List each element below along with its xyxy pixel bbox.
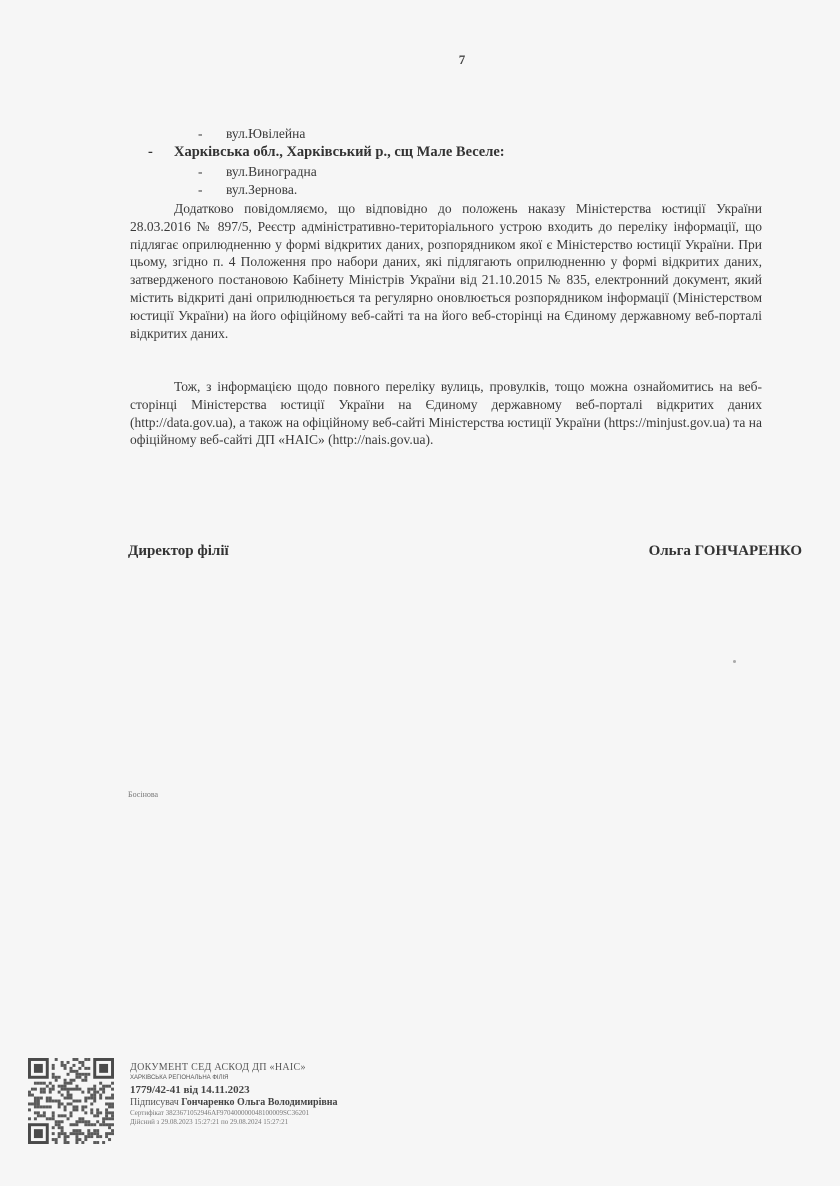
signer-line: Підписувач Гончаренко Ольга Володимирівн… [130, 1097, 338, 1109]
certificate-validity: Дійсний з 29.08.2023 15:27:21 по 29.08.2… [130, 1118, 338, 1127]
list-item-street: -вул.Зернова. [198, 181, 297, 198]
electronic-signature-stamp: ДОКУМЕНТ СЕД АСКОД ДП «НАІС» ХАРКІВСЬКА … [28, 1058, 338, 1144]
executor-name: Босінова [128, 790, 158, 799]
dash: - [148, 144, 174, 161]
registration-number: 1779/42-41 від 14.11.2023 [130, 1083, 338, 1097]
certificate-number: Сертифікат 3823671052946AF97040000004810… [130, 1109, 338, 1118]
signer-position: Директор філії [128, 543, 229, 560]
paragraph-open-data: Додатково повідомляємо, що відповідно до… [130, 200, 762, 342]
page-number: 7 [0, 52, 840, 68]
signature-block: Директор філії Ольга ГОНЧАРЕНКО [128, 543, 802, 560]
list-item-region: -Харківська обл., Харківський р., сщ Мал… [148, 144, 505, 161]
stamp-branch: ХАРКІВСЬКА РЕГІОНАЛЬНА ФІЛІЯ [130, 1074, 338, 1083]
stamp-text: ДОКУМЕНТ СЕД АСКОД ДП «НАІС» ХАРКІВСЬКА … [130, 1058, 338, 1144]
stamp-title: ДОКУМЕНТ СЕД АСКОД ДП «НАІС» [130, 1062, 338, 1074]
scan-artifact [733, 660, 736, 663]
document-page: 7 -вул.Ювілейна -Харківська обл., Харків… [0, 0, 840, 1186]
dash: - [198, 125, 226, 142]
qr-code-icon [28, 1058, 114, 1144]
dash: - [198, 181, 226, 198]
dash: - [198, 163, 226, 180]
paragraph-links: Тож, з інформацією щодо повного переліку… [130, 378, 762, 449]
list-item-street: -вул.Ювілейна [198, 125, 305, 142]
signer-name: Ольга ГОНЧАРЕНКО [649, 543, 802, 560]
list-item-street: -вул.Виноградна [198, 163, 317, 180]
